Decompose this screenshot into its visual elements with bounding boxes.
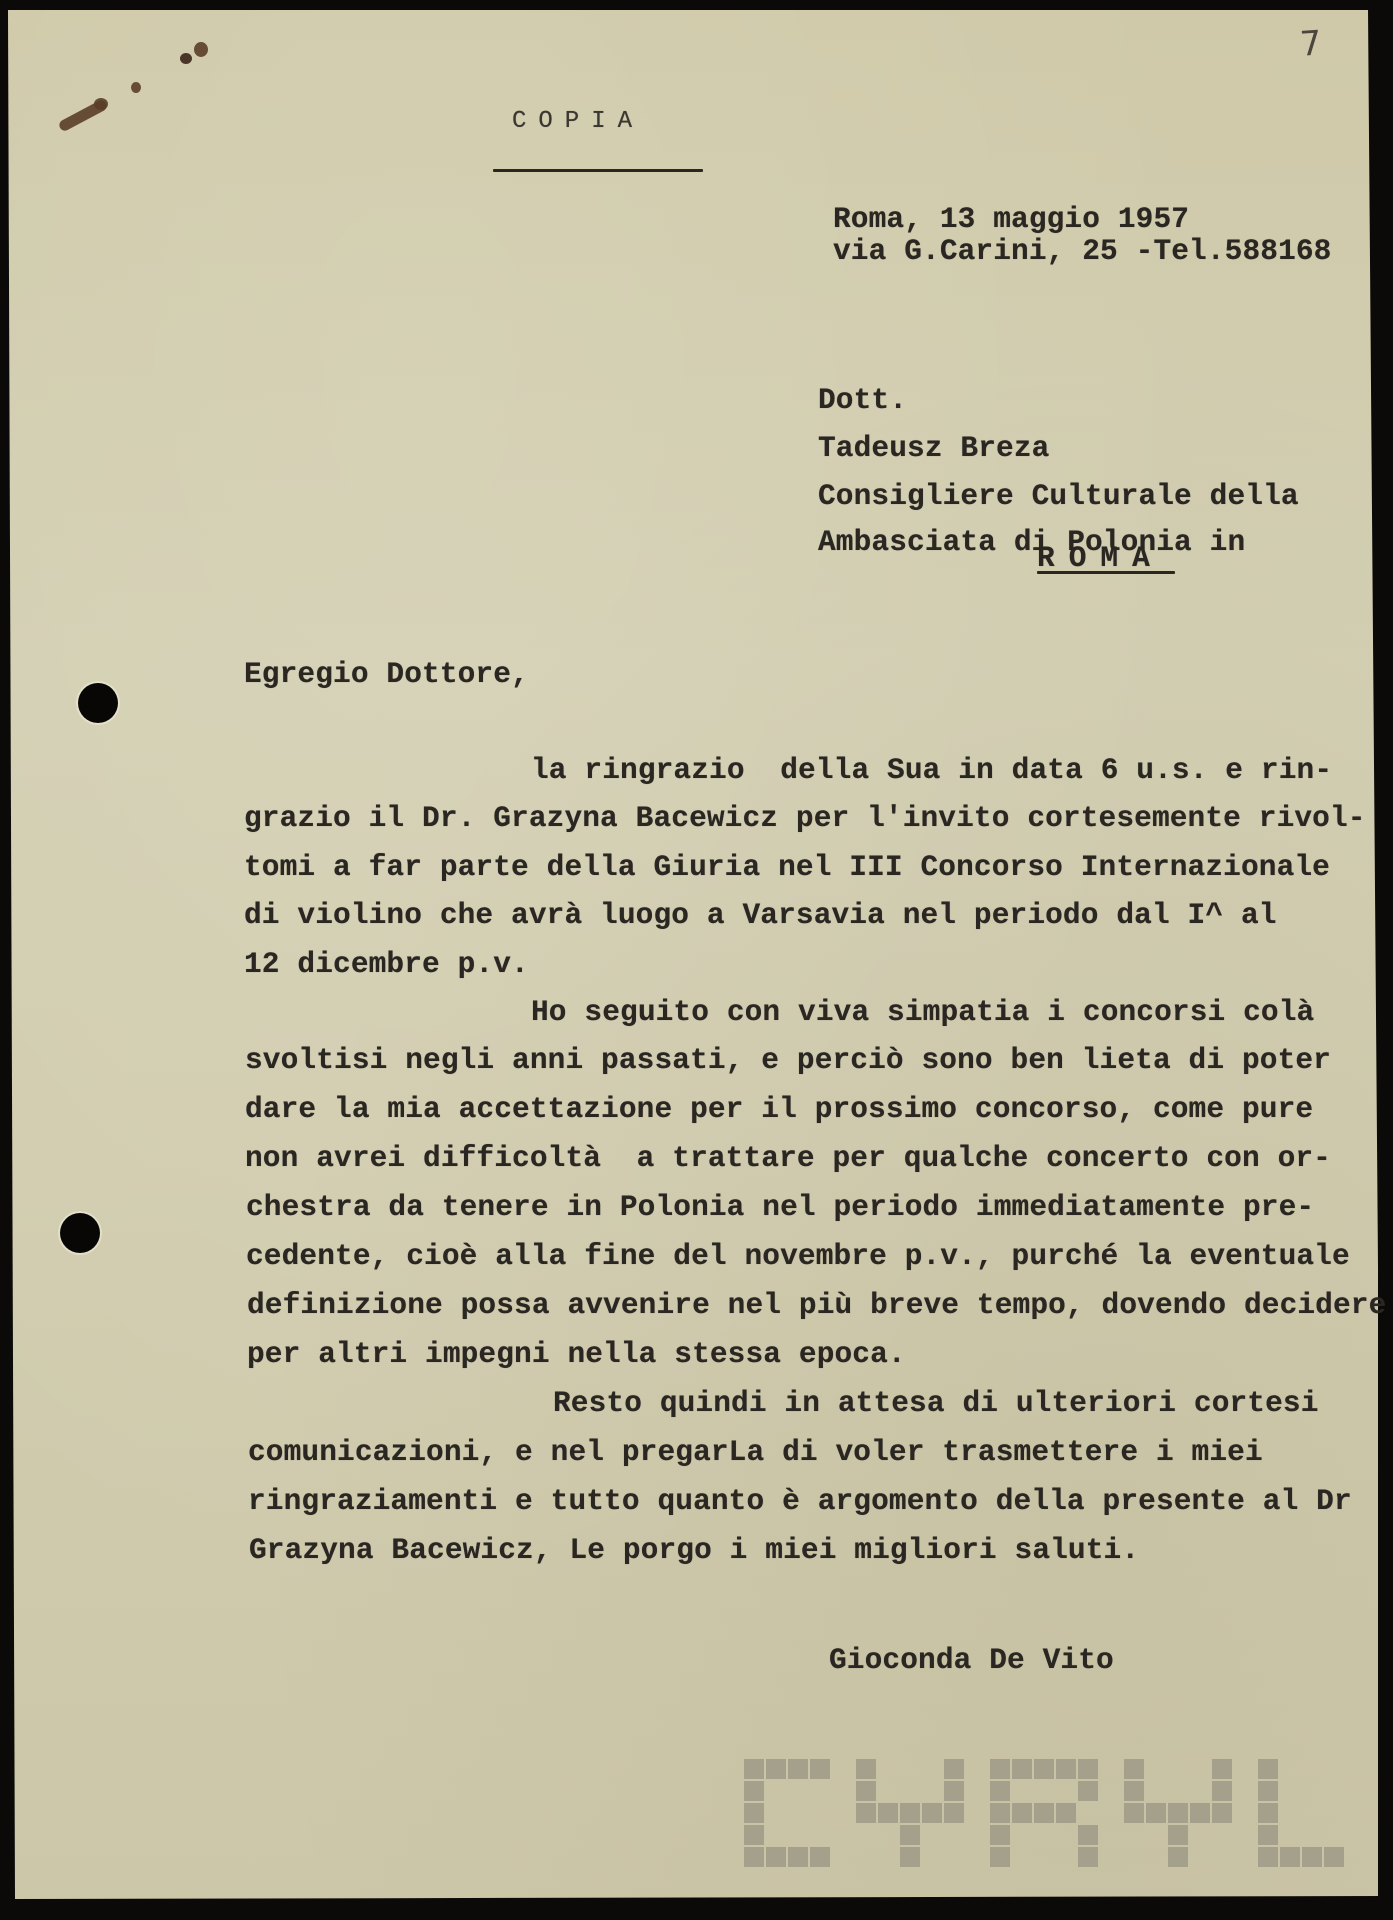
body-line: cedente, cioè alla fine del novembre p.v… [246,1242,1350,1272]
punch-hole [60,1213,100,1253]
body-line: 12 dicembre p.v. [244,950,529,980]
page-number: 7 [1299,23,1323,64]
signature: Gioconda De Vito [829,1646,1114,1676]
letter-page [8,10,1378,1899]
body-line: comunicazioni, e nel pregarLa di voler t… [248,1438,1263,1468]
punch-hole [78,683,118,723]
copy-underline [493,169,703,172]
body-line: per altri impegni nella stessa epoca. [247,1340,906,1370]
body-line: tomi a far parte della Giuria nel III Co… [244,853,1330,883]
recipient-embassy: Ambasciata di Polonia in [818,528,1245,558]
recipient-city: ROMA [1037,544,1164,574]
body-line: svoltisi negli anni passati, e perciò so… [245,1046,1331,1076]
body-line: non avrei difficoltà a trattare per qual… [245,1144,1331,1174]
body-line: grazio il Dr. Grazyna Bacewicz per l'inv… [244,804,1366,834]
body-line: chestra da tenere in Polonia nel periodo… [246,1193,1314,1223]
body-line: di violino che avrà luogo a Varsavia nel… [244,901,1277,931]
date-line: Roma, 13 maggio 1957 [833,205,1189,235]
body-line: definizione possa avvenire nel più breve… [247,1291,1386,1321]
body-line: dare la mia accettazione per il prossimo… [245,1095,1313,1125]
body-line: la ringrazio della Sua in data 6 u.s. e … [531,756,1332,786]
body-line: Grazyna Bacewicz, Le porgo i miei miglio… [249,1536,1139,1566]
recipient-position: Consigliere Culturale della [818,482,1299,512]
copy-label: COPIA [512,110,644,134]
city-underline [1037,571,1175,574]
recipient-title: Dott. [818,386,907,416]
body-line: Ho seguito con viva simpatia i concorsi … [531,998,1314,1028]
address-line: via G.Carini, 25 -Tel.588168 [833,237,1331,267]
body-line: ringraziamenti e tutto quanto è argoment… [248,1487,1352,1517]
salutation: Egregio Dottore, [244,660,529,690]
body-line: Resto quindi in attesa di ulteriori cort… [553,1389,1319,1419]
recipient-name: Tadeusz Breza [818,434,1049,464]
